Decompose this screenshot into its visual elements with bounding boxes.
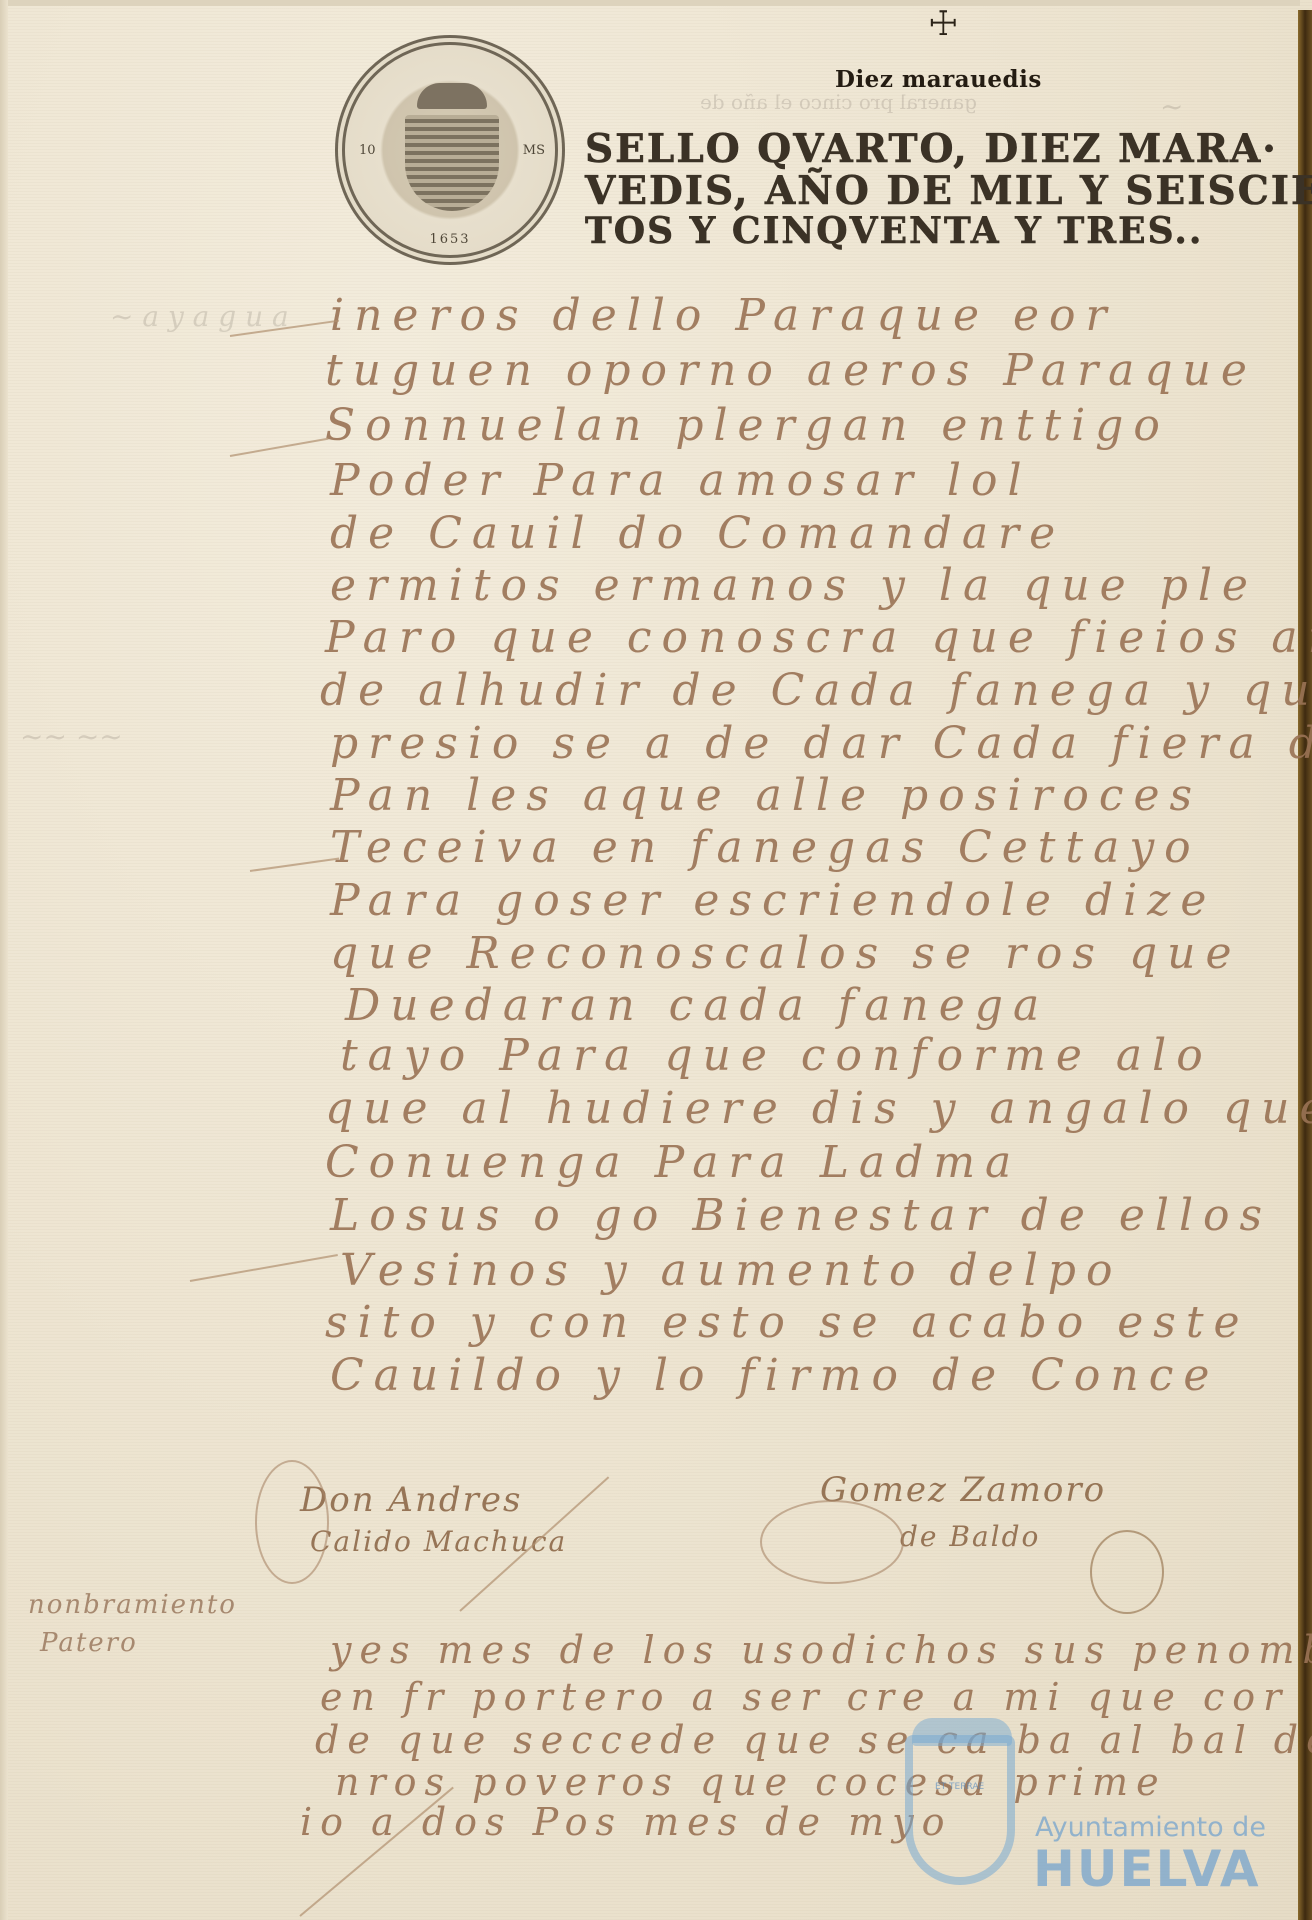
manuscript-line: Paro que conoscra que fieios an	[325, 612, 1312, 663]
margin-note-line: Patero	[40, 1628, 138, 1658]
margin-note-line: nonbramiento	[28, 1590, 237, 1620]
manuscript-line: tuguen oporno aeros Paraque	[325, 345, 1257, 396]
manuscript-line: Conuenga Para Ladma	[325, 1137, 1021, 1188]
stamp-denomination: Diez marauedis	[835, 66, 1042, 93]
stamp-heading-line: TOS Y CINQVENTA Y TRES..	[585, 210, 1203, 252]
coat-of-arms-icon	[405, 115, 499, 211]
stamp-heading-line: VEDIS, AÑO DE MIL Y SEISCIEN	[585, 168, 1312, 214]
manuscript-line: presio se a de dar Cada fiera de	[330, 718, 1312, 769]
manuscript-line: Sonnuelan plergan enttigo	[325, 400, 1170, 451]
manuscript-line: ermitos ermanos y la que ple	[330, 560, 1258, 611]
seal-year: 1653	[345, 232, 555, 247]
crown-icon	[417, 83, 487, 109]
bleed-through-text: ~	[1160, 90, 1183, 123]
manuscript-line: que al hudiere dis y angalo que	[325, 1083, 1312, 1134]
signature-flourish	[760, 1500, 904, 1584]
document-page: ~ a y a g u a ~~ ~~ ~ ganeral pro cinco …	[0, 0, 1312, 1920]
watermark-text-line1: Ayuntamiento de	[1035, 1812, 1266, 1843]
signature-left-line1: Don Andres	[300, 1480, 522, 1520]
manuscript-line: Losus o go Bienestar de ellos	[330, 1190, 1272, 1241]
manuscript-lower-line: en fr portero a ser cre a mi que cor	[320, 1675, 1289, 1719]
manuscript-lower-line: io a dos Pos mes de myo	[300, 1800, 953, 1844]
rubric-flourish	[1090, 1530, 1164, 1614]
pen-stroke	[250, 857, 339, 872]
watermark-shield-motto: ET TERRAE	[935, 1782, 984, 1792]
pen-stroke	[230, 438, 329, 457]
manuscript-lower-line: nros poveros que cocesa prime	[335, 1760, 1167, 1804]
bleed-through-text: ~ a y a g u a	[110, 300, 289, 333]
manuscript-line: Para goser escriendole dize	[330, 875, 1216, 926]
manuscript-line: ineros dello Paraque eor	[330, 290, 1117, 341]
manuscript-line: Poder Para amosar lol	[330, 455, 1032, 506]
bleed-through-text: ~~ ~~	[20, 720, 123, 753]
signature-left-line2: Calido Machuca	[310, 1525, 567, 1558]
manuscript-line: Vesinos y aumento delpo	[340, 1245, 1122, 1296]
page-top-edge	[0, 0, 1300, 6]
manuscript-line: de Cauil do Comandare	[330, 508, 1065, 559]
seal-left-mark: 10	[359, 143, 376, 158]
watermark-shield-icon	[905, 1735, 1015, 1885]
manuscript-line: Pan les aque alle posiroces	[330, 770, 1202, 821]
manuscript-line: Cauildo y lo firmo de Conce	[330, 1350, 1219, 1401]
manuscript-lower-line: de que seccede que se ca ba al bal de	[315, 1718, 1312, 1762]
signature-right-line2: de Baldo	[900, 1520, 1040, 1553]
manuscript-line: sito y con esto se acabo este	[325, 1297, 1250, 1348]
manuscript-line: que Reconoscalos se ros que	[330, 928, 1241, 979]
bleed-through-print: ganeral pro cinco el año de	[700, 90, 977, 114]
stamp-heading-line: SELLO QVARTO, DIEZ MARA·	[585, 126, 1278, 172]
cross-icon: ☩	[928, 4, 958, 44]
manuscript-line: Duedaran cada fanega	[345, 980, 1049, 1031]
seal-right-mark: MS	[523, 143, 545, 158]
manuscript-lower-line: yes mes de los usodichos sus penombraron	[330, 1628, 1312, 1672]
pen-stroke	[190, 1254, 338, 1282]
manuscript-line: tayo Para que conforme alo	[340, 1030, 1213, 1081]
manuscript-line: Teceiva en fanegas Cettayo	[330, 822, 1201, 873]
signature-flourish	[255, 1460, 329, 1584]
royal-seal-stamp: 10 MS 1653	[335, 35, 565, 265]
manuscript-line: de alhudir de Cada fanega y que	[320, 665, 1312, 716]
watermark-text-line2: HUELVA	[1033, 1840, 1261, 1898]
page-left-edge	[0, 0, 8, 1920]
